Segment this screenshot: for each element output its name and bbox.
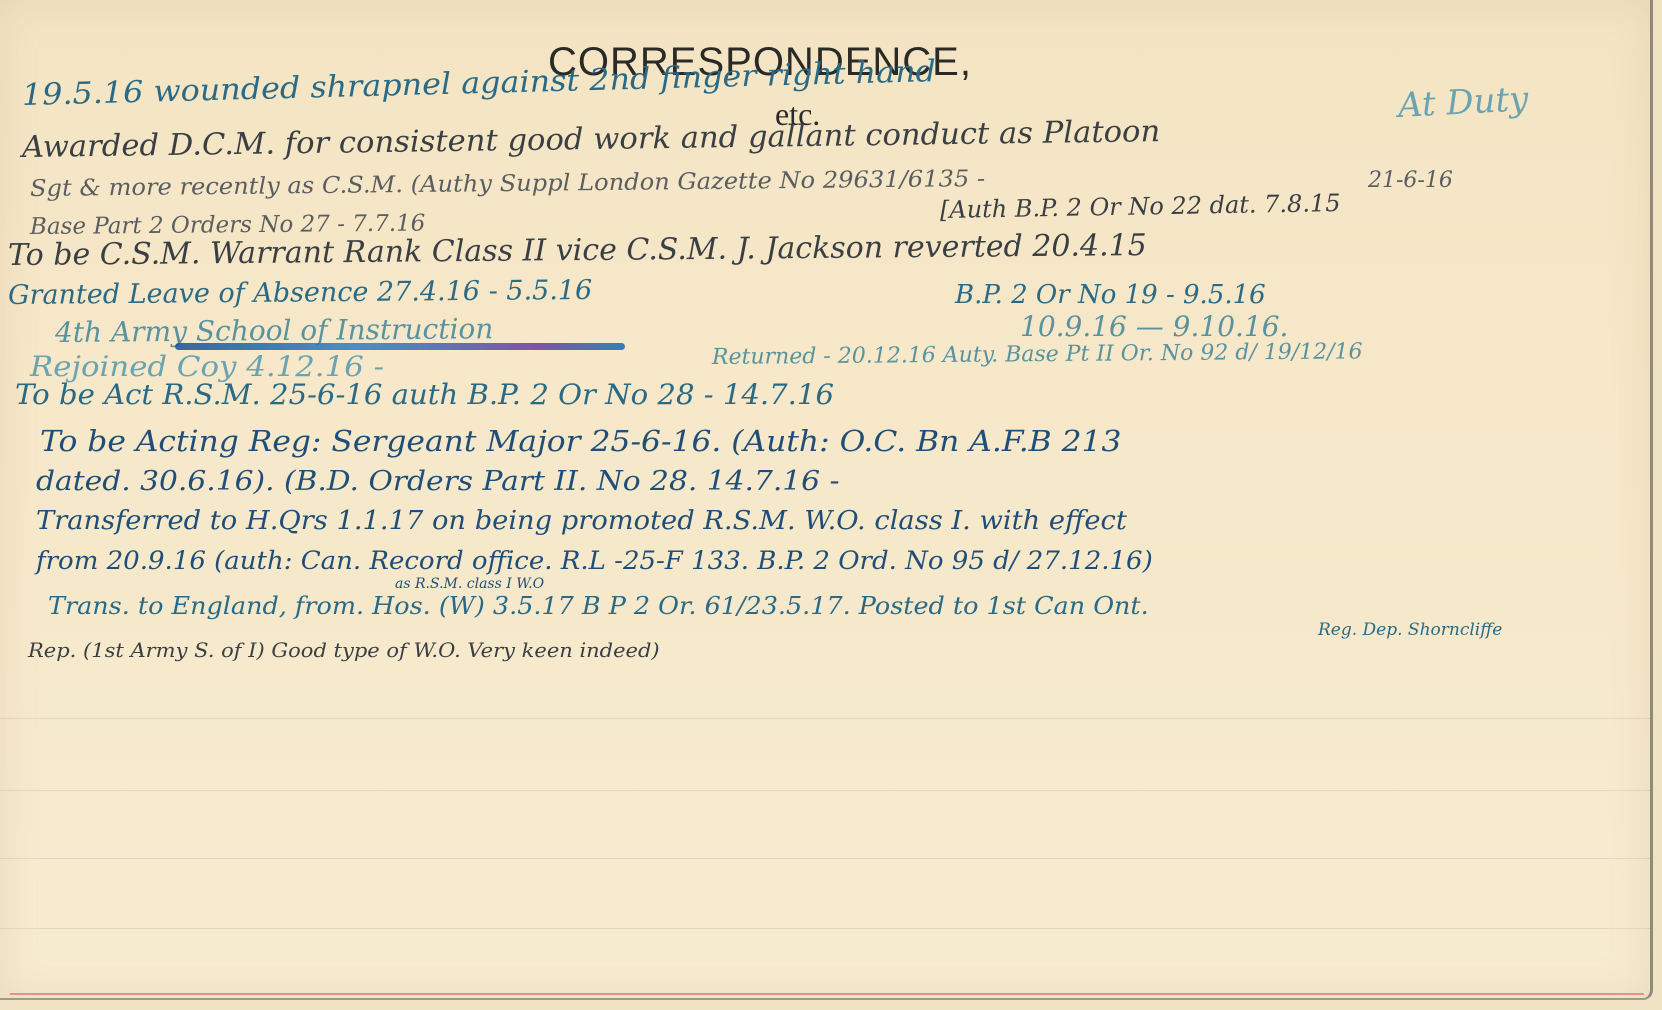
entry-dcm-award: Awarded D.C.M. for consistent good work … (22, 114, 1161, 165)
strikethrough-mark (175, 343, 625, 350)
entry-transferred-hq: Transferred to H.Qrs 1.1.17 on being pro… (36, 506, 1127, 536)
ruled-line (0, 858, 1650, 859)
entry-reg-depot: Reg. Dep. Shorncliffe (1318, 620, 1502, 640)
entry-leave-auth: B.P. 2 Or No 19 - 9.5.16 (955, 280, 1266, 310)
entry-acting-rsm: To be Acting Reg: Sergeant Major 25-6-16… (40, 424, 1121, 458)
ruled-line (0, 928, 1650, 929)
ruled-line (0, 718, 1650, 719)
entry-gazette-date: 21-6-16 (1368, 168, 1453, 193)
red-margin-line (10, 993, 1644, 995)
entry-act-rsm: To be Act R.S.M. 25-6-16 auth B.P. 2 Or … (15, 378, 834, 411)
service-record-card: CORRESPONDENCE, etc. 19.5.16 wounded shr… (0, 0, 1653, 1000)
entry-returned: Returned - 20.12.16 Auty. Base Pt II Or.… (712, 339, 1363, 370)
ruled-line (0, 790, 1650, 791)
entry-army-school-dates: 10.9.16 — 9.10.16. (1020, 310, 1288, 343)
entry-at-duty: At Duty (1397, 79, 1529, 126)
entry-report: Rep. (1st Army S. of I) Good type of W.O… (28, 638, 660, 662)
entry-trans-england: Trans. to England, from. Hos. (W) 3.5.17… (48, 592, 1149, 620)
entry-dated: dated. 30.6.16). (B.D. Orders Part II. N… (36, 466, 840, 497)
entry-rsm-class-note: as R.S.M. class I W.O (395, 576, 544, 592)
entry-effect-from: from 20.9.16 (auth: Can. Record office. … (36, 546, 1153, 575)
entry-gazette: Sgt & more recently as C.S.M. (Authy Sup… (30, 166, 985, 202)
entry-leave-absence: Granted Leave of Absence 27.4.16 - 5.5.1… (8, 275, 592, 311)
entry-auth-bp: [Auth B.P. 2 Or No 22 dat. 7.8.15 (940, 189, 1341, 224)
